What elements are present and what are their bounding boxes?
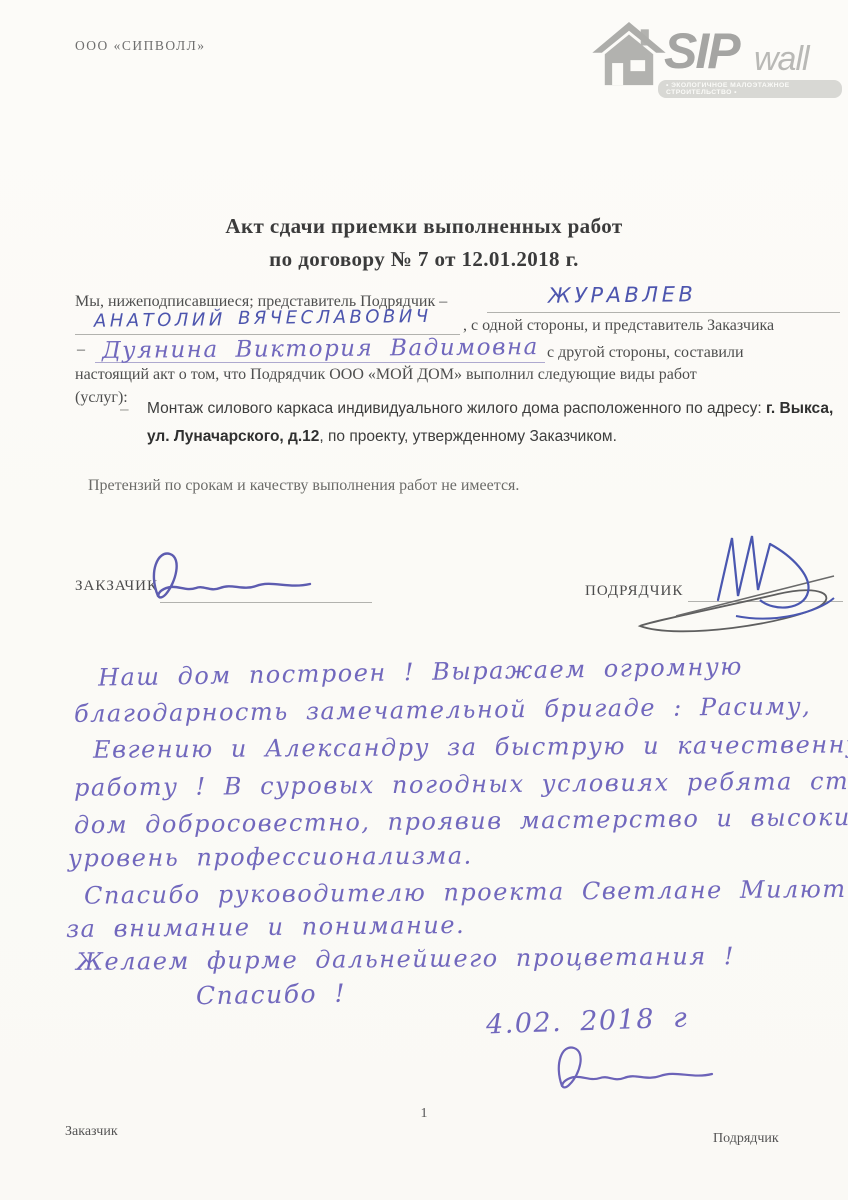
review-line-6: уровень профессионализма. xyxy=(68,842,473,873)
intro-line-4: настоящий акт о том, что Подрядчик ООО «… xyxy=(75,366,697,384)
house-icon xyxy=(592,22,666,88)
handwritten-contractor-patronymic: ВЯЧЕСЛАВОВИЧ xyxy=(238,306,432,329)
customer-signature xyxy=(142,544,342,608)
review-line-3: Евгению и Александру за быструю и качест… xyxy=(93,730,848,764)
review-line-4: работу ! В суровых погодных условиях реб… xyxy=(74,766,848,801)
no-claims-statement: Претензий по срокам и качеству выполнени… xyxy=(88,477,519,495)
intro-line-2: , с одной стороны, и представитель Заказ… xyxy=(463,317,774,335)
handwritten-customer-name: Дуянина Виктория Вадимовна xyxy=(102,334,539,364)
review-line-2: благодарность замечательной бригаде : Ра… xyxy=(74,692,811,728)
review-signature xyxy=(548,1038,728,1096)
page-number: 1 xyxy=(0,1106,848,1122)
blank-line-contractor-surname xyxy=(487,312,840,313)
work-item-line-1: Монтаж силового каркаса индивидуального … xyxy=(147,400,833,418)
work-item-line-2: ул. Луначарского, д.12, по проекту, утве… xyxy=(147,428,617,446)
review-line-10: Спасибо ! xyxy=(196,979,347,1011)
logo-text-wall: wall xyxy=(754,40,809,79)
review-line-8: за внимание и понимание. xyxy=(66,911,465,943)
intro-line-3: с другой стороны, составили xyxy=(547,344,744,362)
company-name: ООО «СИПВОЛЛ» xyxy=(75,38,206,54)
work-item-line-1-regular: Монтаж силового каркаса индивидуального … xyxy=(147,400,766,417)
footer-contractor: Подрядчик xyxy=(713,1131,779,1147)
work-item-line-2-regular: , по проекту, утвержденному Заказчиком. xyxy=(319,428,616,445)
logo-text-sip: SIP xyxy=(664,22,739,80)
handwritten-contractor-surname: ЖУРАВЛЕВ xyxy=(548,282,697,308)
review-line-9: Желаем фирме дальнейшего процветания ! xyxy=(76,942,735,976)
review-line-7: Спасибо руководителю проекта Светлане Ми… xyxy=(84,874,848,909)
contractor-signature xyxy=(618,528,846,638)
review-line-1: Наш дом построен ! Выражаем огромную xyxy=(98,652,743,691)
document-title: Акт сдачи приемки выполненных работ по д… xyxy=(0,210,848,275)
title-line-2: по договору № 7 от 12.01.2018 г. xyxy=(0,243,848,276)
footer-customer: Заказчик xyxy=(65,1124,118,1140)
review-line-5: дом добросовестно, проявив мастерство и … xyxy=(74,803,848,839)
logo-tagline: • ЭКОЛОГИЧНОЕ МАЛОЭТАЖНОЕ СТРОИТЕЛЬСТВО … xyxy=(658,80,842,98)
handwritten-date: 4.02. 2018 г xyxy=(486,1002,689,1040)
handwritten-contractor-firstname: АНАТОЛИЙ xyxy=(94,309,226,331)
intro-line-3-dash: – xyxy=(77,341,85,359)
scanned-act-document: ООО «СИПВОЛЛ» SIP wall • ЭКОЛОГИЧНОЕ МАЛ… xyxy=(0,0,848,1200)
work-item-address-city: г. Выкса, xyxy=(766,400,833,417)
title-line-1: Акт сдачи приемки выполненных работ xyxy=(0,210,848,243)
work-item-address-street: ул. Луначарского, д.12 xyxy=(147,428,319,445)
work-item-dash: – xyxy=(120,401,129,419)
sipwall-logo: SIP wall • ЭКОЛОГИЧНОЕ МАЛОЭТАЖНОЕ СТРОИ… xyxy=(592,16,842,104)
